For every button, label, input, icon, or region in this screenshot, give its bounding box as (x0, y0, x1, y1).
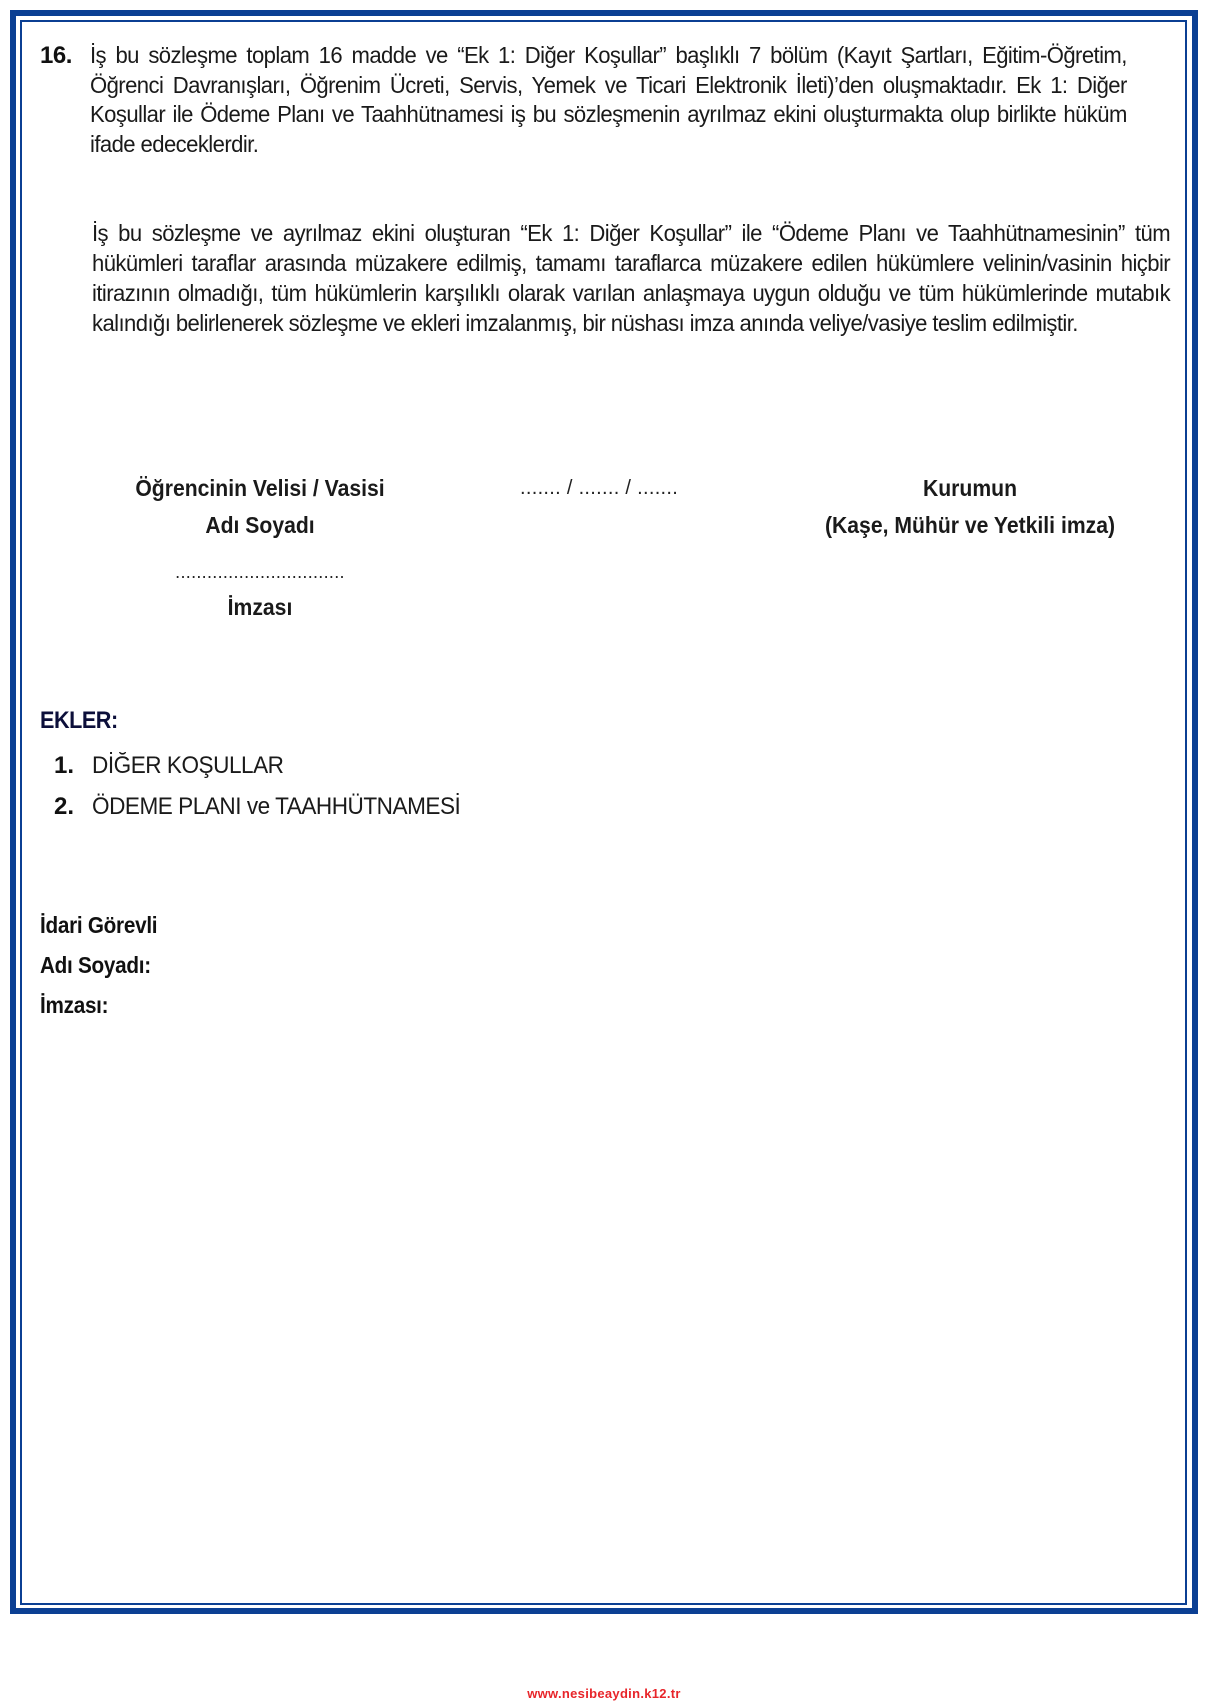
item-number: 16. (40, 41, 90, 159)
institution-title: Kurumun (804, 470, 1135, 507)
institution-signature-block: Kurumun (Kaşe, Mühür ve Yetkili imza) (790, 470, 1150, 544)
parent-signature-label: İmzası (113, 590, 407, 624)
institution-subtitle: (Kaşe, Mühür ve Yetkili imza) (804, 507, 1135, 544)
date-placeholder: ....... / ....... / ....... (520, 470, 720, 507)
closing-paragraph: İş bu sözleşme ve ayrılmaz ekini oluştur… (92, 218, 1170, 338)
parent-signature-line: ................................ (100, 554, 420, 590)
admin-name-label: Adı Soyadı: (40, 945, 400, 985)
attachment-item: 1. DİĞER KOŞULLAR (54, 745, 640, 786)
admin-signature-label: İmzası: (40, 985, 400, 1025)
parent-name-label: Adı Soyadı (113, 507, 407, 544)
footer-website-link[interactable]: www.nesibeaydin.k12.tr (0, 1686, 1208, 1701)
attachment-label: DİĞER KOŞULLAR (92, 745, 284, 786)
admin-signature-block: İdari Görevli Adı Soyadı: İmzası: (40, 905, 440, 1025)
contract-item-16: 16. İş bu sözleşme toplam 16 madde ve “E… (40, 41, 1170, 159)
parent-signature-block: Öğrencinin Velisi / Vasisi Adı Soyadı ..… (100, 470, 420, 624)
attachment-number: 2. (54, 786, 92, 827)
attachment-number: 1. (54, 745, 92, 786)
attachments-title: EKLER: (40, 705, 580, 737)
attachments-list: 1. DİĞER KOŞULLAR 2. ÖDEME PLANI ve TAAH… (40, 745, 640, 827)
attachment-label: ÖDEME PLANI ve TAAHHÜTNAMESİ (92, 786, 460, 827)
attachment-item: 2. ÖDEME PLANI ve TAAHHÜTNAMESİ (54, 786, 640, 827)
parent-title: Öğrencinin Velisi / Vasisi (113, 470, 407, 507)
document-page: 16. İş bu sözleşme toplam 16 madde ve “E… (0, 0, 1208, 1708)
item-text: İş bu sözleşme toplam 16 madde ve “Ek 1:… (90, 41, 1127, 159)
admin-role: İdari Görevli (40, 905, 400, 945)
attachments-section: EKLER: 1. DİĞER KOŞULLAR 2. ÖDEME PLANI … (40, 705, 640, 827)
